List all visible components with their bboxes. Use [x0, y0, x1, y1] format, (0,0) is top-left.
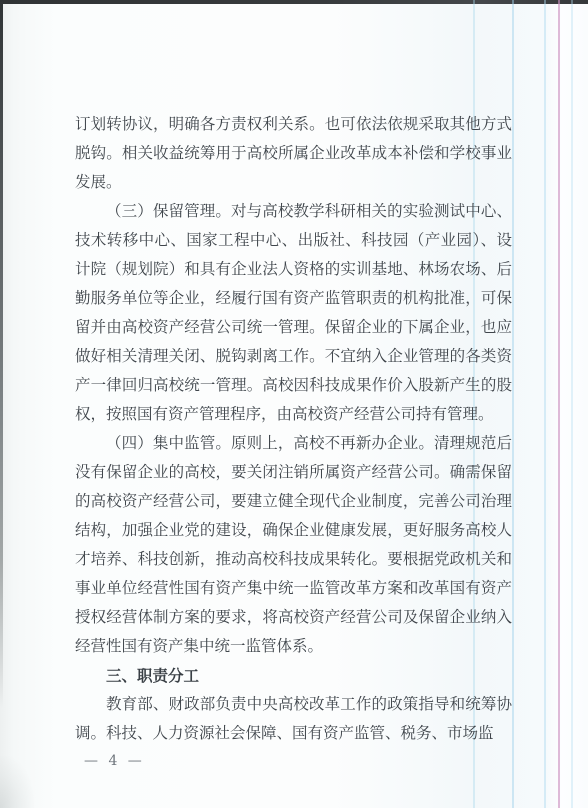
paragraph-responsibility-division: 教育部、财政部负责中央高校改革工作的政策指导和统筹协调。科技、人力资源社会保障、…	[75, 690, 512, 748]
scan-artifact-line-cyan	[571, 0, 573, 808]
scan-edge-top	[0, 0, 588, 4]
scan-edge-left	[0, 0, 3, 745]
scan-corner-shadow	[0, 756, 34, 808]
section-heading: 三、职责分工	[75, 661, 512, 690]
scan-artifact-line-cyan	[544, 0, 546, 808]
document-body: 订划转协议，明确各方责权利关系。也可依法依规采取其他方式脱钩。相关收益统筹用于高…	[75, 110, 512, 748]
paragraph-centralized-supervision: （四）集中监管。原则上，高校不再新办企业。清理规范后没有保留企业的高校，要关闭注…	[75, 429, 512, 661]
page-number: — 4 —	[84, 753, 145, 769]
paragraph-retention-management: （三）保留管理。对与高校教学科研相关的实验测试中心、技术转移中心、国家工程中心、…	[75, 197, 512, 429]
scan-artifact-line-cyan	[512, 0, 514, 808]
paragraph-continuation: 订划转协议，明确各方责权利关系。也可依法依规采取其他方式脱钩。相关收益统筹用于高…	[75, 110, 512, 197]
scan-artifact-line-pink	[558, 0, 560, 808]
scanned-document-page: 订划转协议，明确各方责权利关系。也可依法依规采取其他方式脱钩。相关收益统筹用于高…	[0, 0, 588, 808]
